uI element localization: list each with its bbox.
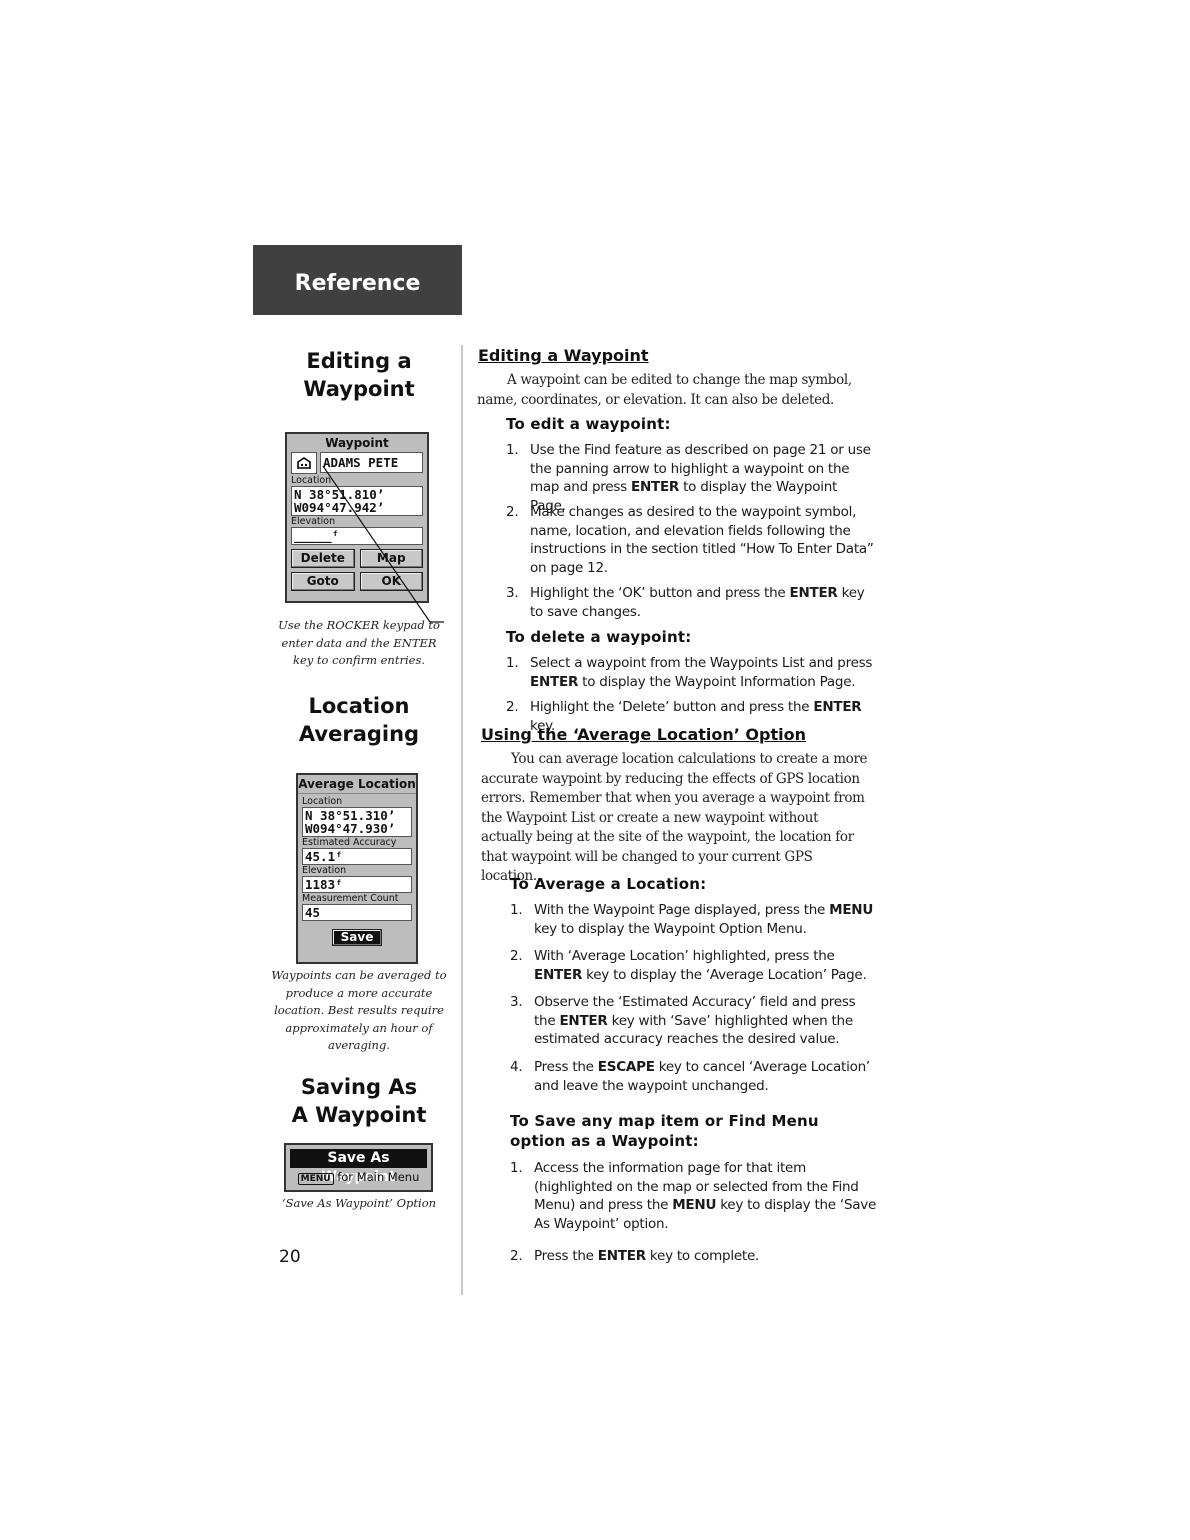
list-item: 2.Press the ENTER key to complete. (510, 1247, 880, 1267)
list-item: 1.Use the Find feature as described on p… (506, 441, 876, 501)
list-item: 2.Highlight the ‘Delete’ button and pres… (506, 698, 876, 718)
caption-averaging: Waypoints can be averaged to produce a m… (270, 967, 448, 1055)
step-text: Select a waypoint from the Waypoints Lis… (530, 654, 875, 691)
list-item: 2.With ‘Average Location’ highlighted, p… (510, 947, 880, 985)
sidebar-title-averaging: Location Averaging (253, 692, 465, 748)
step-number: 1. (510, 901, 522, 920)
page-number: 20 (279, 1247, 301, 1267)
step-number: 1. (506, 654, 518, 673)
step-number: 3. (506, 584, 518, 603)
step-text: Observe the ‘Estimated Accuracy’ field a… (534, 993, 879, 1049)
step-text: Press the ESCAPE key to cancel ‘Average … (534, 1058, 879, 1095)
intro-editing: A waypoint can be edited to change the m… (477, 371, 867, 410)
step-number: 1. (506, 441, 518, 460)
step-number: 2. (506, 698, 518, 717)
elevation-field: 1183ᶠ (302, 876, 412, 893)
screen-title: Average Location (298, 777, 416, 794)
list-item: 4.Press the ESCAPE key to cancel ‘Averag… (510, 1058, 880, 1096)
sidebar-title-saving: Saving As A Waypoint (253, 1073, 465, 1129)
average-location-screen: Average Location Location N 38°51.310’ W… (296, 773, 418, 964)
save-as-waypoint-screen: Save As Waypoint MENU for Main Menu (284, 1143, 433, 1192)
step-text: With ‘Average Location’ highlighted, pre… (534, 947, 879, 984)
heading-editing-waypoint: Editing a Waypoint (478, 346, 649, 365)
step-text: With the Waypoint Page displayed, press … (534, 901, 879, 938)
save-button[interactable]: Save (332, 929, 383, 946)
title-line: A Waypoint (253, 1101, 465, 1129)
elevation-label: Elevation (302, 865, 416, 876)
step-text: Press the ENTER key to complete. (534, 1247, 879, 1266)
caption-saving: ‘Save As Waypoint’ Option (270, 1195, 448, 1213)
longitude: W094°47.930’ (305, 822, 409, 835)
title-line: Saving As (253, 1073, 465, 1101)
list-item: 3.Observe the ‘Estimated Accuracy’ field… (510, 993, 880, 1051)
title-line: Averaging (253, 720, 465, 748)
step-number: 2. (506, 503, 518, 522)
step-text: Make changes as desired to the waypoint … (530, 503, 875, 577)
heading-average-steps: To Average a Location: (510, 875, 706, 893)
count-label: Measurement Count (302, 893, 416, 904)
accuracy-label: Estimated Accuracy (302, 837, 416, 848)
accuracy-field: 45.1ᶠ (302, 848, 412, 865)
count-field: 45 (302, 904, 412, 921)
heading-edit-steps: To edit a waypoint: (506, 415, 671, 433)
step-text: Access the information page for that ite… (534, 1159, 879, 1233)
list-item: 1.With the Waypoint Page displayed, pres… (510, 901, 880, 939)
caption-editing: Use the ROCKER keypad to enter data and … (270, 617, 448, 670)
title-line: Location (253, 692, 465, 720)
step-number: 1. (510, 1159, 522, 1178)
step-text: Highlight the ‘OK’ button and press the … (530, 584, 875, 621)
heading-delete-steps: To delete a waypoint: (506, 628, 691, 646)
step-number: 2. (510, 947, 522, 966)
step-number: 3. (510, 993, 522, 1012)
location-label: Location (302, 796, 416, 807)
step-number: 4. (510, 1058, 522, 1077)
list-item: 1.Access the information page for that i… (510, 1159, 880, 1239)
menu-key-icon: MENU (298, 1173, 334, 1185)
location-field: N 38°51.310’ W094°47.930’ (302, 807, 412, 837)
list-item: 2.Make changes as desired to the waypoin… (506, 503, 876, 581)
heading-save-steps: To Save any map item or Find Menu option… (510, 1111, 860, 1151)
list-item: 3.Highlight the ‘OK’ button and press th… (506, 584, 876, 622)
step-number: 2. (510, 1247, 522, 1266)
list-item: 1.Select a waypoint from the Waypoints L… (506, 654, 876, 692)
main-menu-hint: for Main Menu (337, 1170, 419, 1184)
heading-average-location: Using the ‘Average Location’ Option (481, 725, 806, 744)
intro-averaging: You can average location calculations to… (481, 750, 871, 887)
save-as-waypoint-option[interactable]: Save As Waypoint (290, 1149, 427, 1168)
